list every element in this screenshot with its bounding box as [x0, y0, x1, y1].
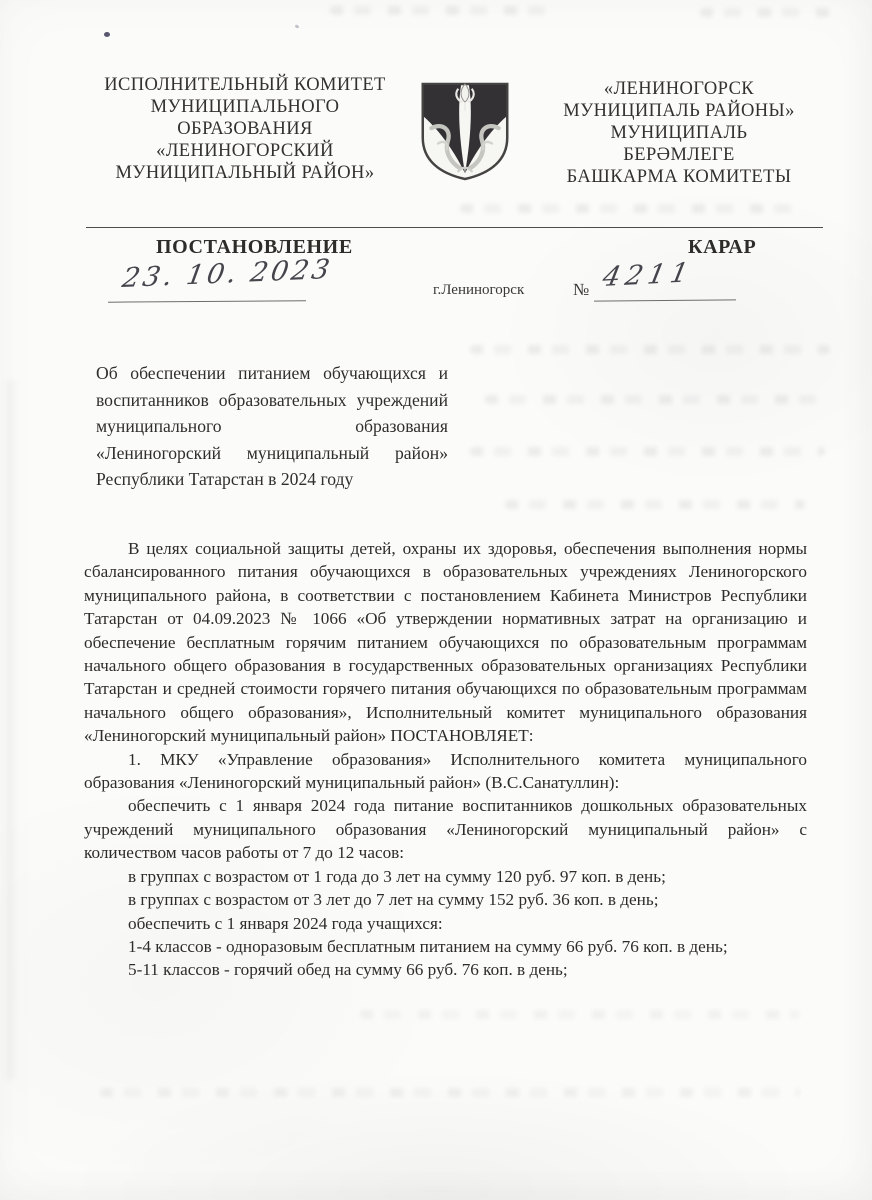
body-paragraph: В целях социальной защиты детей, охраны … — [84, 537, 807, 748]
letterhead-line: МУНИЦИПАЛЬ — [528, 122, 830, 144]
letterhead-divider-line — [86, 227, 823, 228]
handwritten-number: 4211 — [600, 257, 696, 293]
date-underline — [108, 300, 306, 302]
doc-type-tatar: КАРАР — [688, 236, 756, 259]
number-underline — [594, 299, 736, 301]
letterhead-line: ОБРАЗОВАНИЯ — [88, 118, 402, 140]
letterhead-line: БАШКАРМА КОМИТЕТЫ — [528, 166, 830, 188]
number-sign: № — [573, 280, 589, 300]
document-subject: Об обеспечении питанием обучающихся и во… — [96, 360, 448, 493]
letterhead-line: МУНИЦИПАЛЬНОГО — [88, 96, 402, 118]
coat-of-arms-icon — [417, 80, 513, 182]
ink-speck — [295, 24, 300, 29]
letterhead-line: «ЛЕНИНОГОРСК — [528, 78, 830, 100]
bleed-through-artifact — [330, 6, 560, 15]
ink-speck — [104, 32, 110, 37]
bleed-through-artifact — [505, 500, 805, 509]
scan-edge-shadow — [6, 380, 15, 1080]
letterhead-line: ИСПОЛНИТЕЛЬНЫЙ КОМИТЕТ — [88, 74, 402, 96]
letterhead-line: МУНИЦИПАЛЬНЫЙ РАЙОН» — [88, 162, 402, 184]
body-paragraph: 1. МКУ «Управление образования» Исполнит… — [84, 748, 807, 795]
letterhead: ИСПОЛНИТЕЛЬНЫЙ КОМИТЕТ МУНИЦИПАЛЬНОГО ОБ… — [88, 74, 830, 188]
bleed-through-artifact — [700, 8, 840, 17]
body-paragraph: в группах с возрастом от 1 года до 3 лет… — [84, 865, 807, 888]
scanned-document-page: { "document": { "letterhead": { "left": … — [0, 0, 872, 1200]
document-page: ИСПОЛНИТЕЛЬНЫЙ КОМИТЕТ МУНИЦИПАЛЬНОГО ОБ… — [0, 0, 872, 1200]
bleed-through-artifact — [460, 204, 800, 213]
letterhead-line: «ЛЕНИНОГОРСКИЙ — [88, 140, 402, 162]
body-paragraph: 1-4 классов - одноразовым бесплатным пит… — [84, 935, 807, 958]
letterhead-line: МУНИЦИПАЛЬ РАЙОНЫ» — [528, 100, 830, 122]
bleed-through-artifact — [360, 1010, 800, 1019]
bleed-through-artifact — [470, 345, 830, 354]
letterhead-right-tatar: «ЛЕНИНОГОРСК МУНИЦИПАЛЬ РАЙОНЫ» МУНИЦИПА… — [528, 74, 830, 188]
handwritten-date: 23. 10. 2023 — [120, 254, 335, 294]
body-paragraph: обеспечить с 1 января 2024 года учащихся… — [84, 912, 807, 935]
document-body: В целях социальной защиты детей, охраны … — [84, 537, 807, 982]
bleed-through-artifact — [100, 1088, 800, 1097]
place-label: г.Лениногорск — [433, 282, 524, 299]
bleed-through-artifact — [470, 447, 825, 456]
letterhead-left-russian: ИСПОЛНИТЕЛЬНЫЙ КОМИТЕТ МУНИЦИПАЛЬНОГО ОБ… — [88, 74, 402, 184]
letterhead-line: БЕРӘМЛЕГЕ — [528, 144, 830, 166]
body-paragraph: 5-11 классов - горячий обед на сумму 66 … — [84, 958, 807, 981]
bleed-through-artifact — [485, 395, 825, 404]
body-paragraph: обеспечить с 1 января 2024 года питание … — [84, 794, 807, 864]
body-paragraph: в группах с возрастом от 3 лет до 7 лет … — [84, 888, 807, 911]
